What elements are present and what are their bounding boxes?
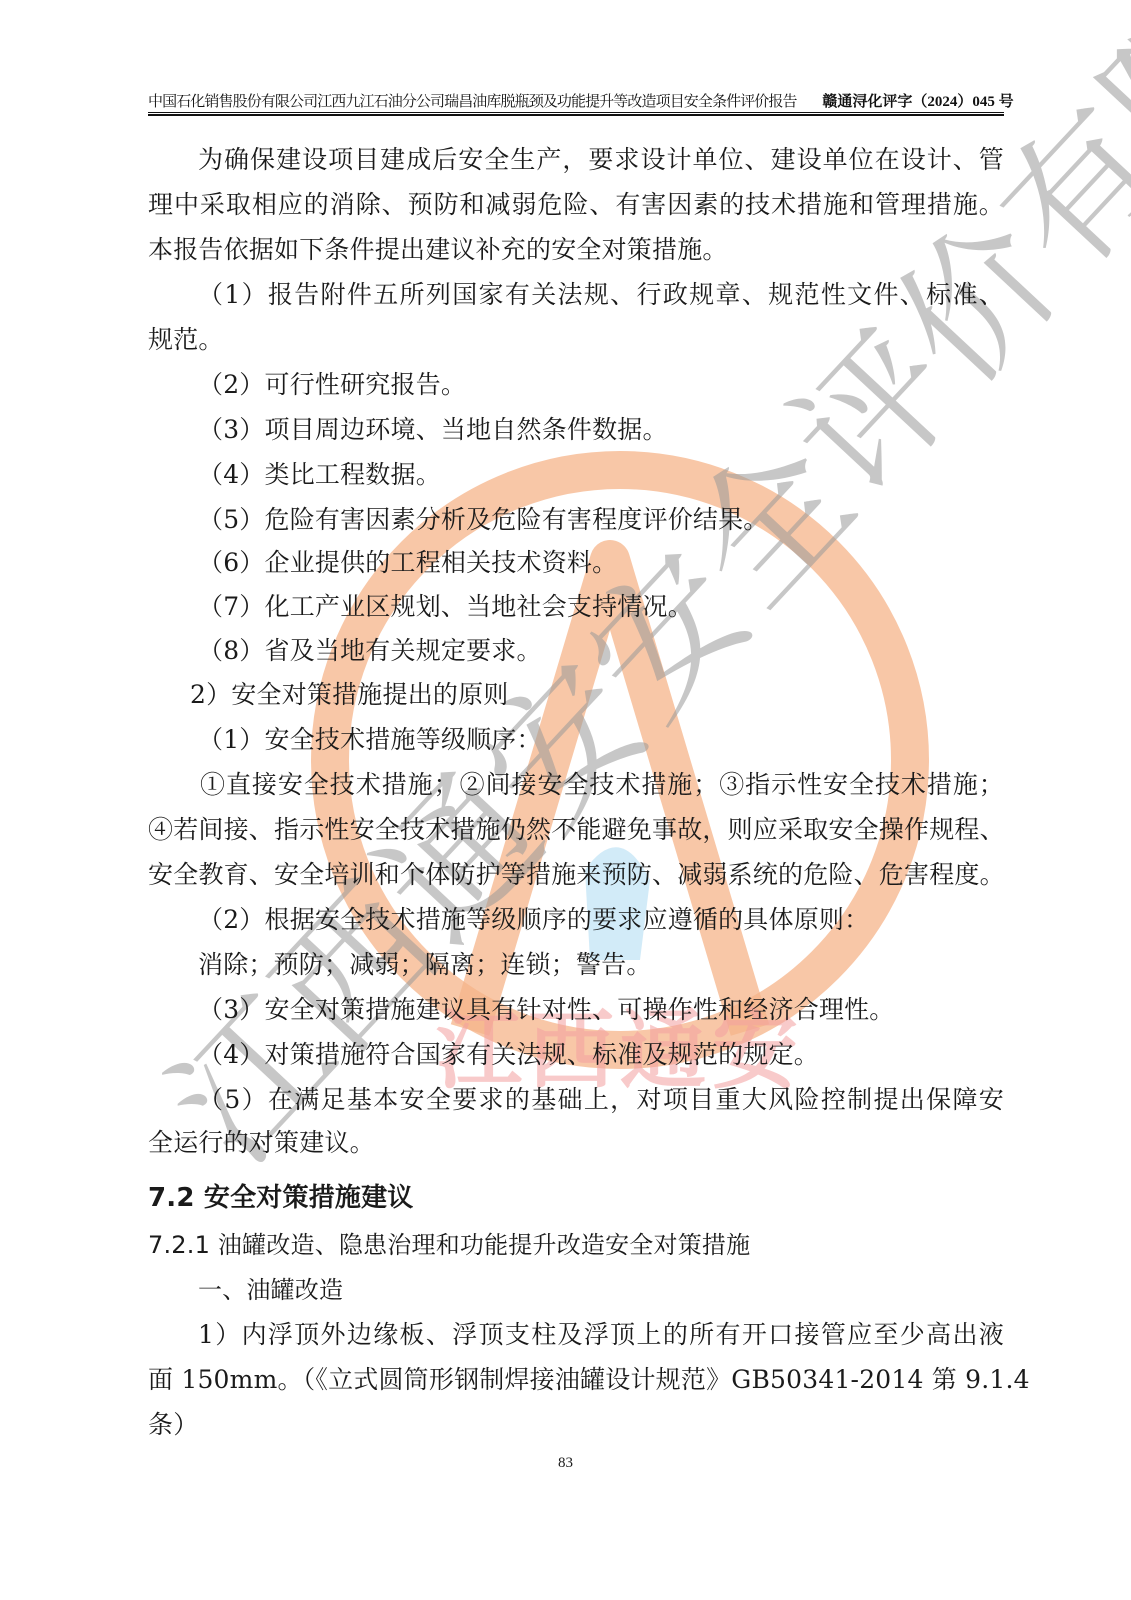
basis-item-3: （3）项目周边环境、当地自然条件数据。 bbox=[198, 415, 1054, 445]
section-heading-7-2-1: 7.2.1 油罐改造、隐患治理和功能提升改造安全对策措施 bbox=[148, 1230, 1004, 1260]
intro-line-3: 本报告依据如下条件提出建议补充的安全对策措施。 bbox=[148, 235, 1004, 265]
principle-3: （3）安全对策措施建议具有针对性、可操作性和经济合理性。 bbox=[198, 995, 1054, 1025]
basis-item-2: （2）可行性研究报告。 bbox=[198, 370, 1054, 400]
subsection-heading-tank: 一、油罐改造 bbox=[198, 1275, 1054, 1305]
header-rule bbox=[148, 112, 1004, 116]
principle-1-text-2: ④若间接、指示性安全技术措施仍然不能避免事故，则应采取安全操作规程、 bbox=[148, 815, 1004, 845]
item-1-line-2: 面 150mm。（《立式圆筒形钢制焊接油罐设计规范》GB50341-2014 第… bbox=[148, 1365, 1004, 1395]
intro-line-1: 为确保建设项目建成后安全生产，要求设计单位、建设单位在设计、管 bbox=[148, 145, 1004, 175]
document-page: 江西通安 江西通安安全评价有限公司 中国石化销售股份有限公司江西九江石油分公司瑞… bbox=[0, 0, 1131, 1600]
basis-item-4: （4）类比工程数据。 bbox=[198, 460, 1054, 490]
basis-item-5: （5）危险有害因素分析及危险有害程度评价结果。 bbox=[198, 505, 1054, 535]
basis-item-6: （6）企业提供的工程相关技术资料。 bbox=[198, 548, 1054, 578]
principle-1-heading: （1）安全技术措施等级顺序： bbox=[198, 725, 1054, 755]
principle-1-text-1: ①直接安全技术措施；②间接安全技术措施；③指示性安全技术措施； bbox=[148, 770, 1004, 800]
header-doc-code: 赣通浔化评字（2024）045 号 bbox=[822, 94, 1013, 110]
basis-item-8: （8）省及当地有关规定要求。 bbox=[198, 636, 1054, 666]
section-heading-7-2: 7.2 安全对策措施建议 bbox=[148, 1183, 1004, 1213]
principle-5-line-2: 全运行的对策建议。 bbox=[148, 1128, 1004, 1158]
item-1-line-1: 1）内浮顶外边缘板、浮顶支柱及浮顶上的所有开口接管应至少高出液 bbox=[148, 1320, 1004, 1350]
principle-2-text: 消除；预防；减弱；隔离；连锁；警告。 bbox=[198, 950, 1054, 980]
intro-line-2: 理中采取相应的消除、预防和减弱危险、有害因素的技术措施和管理措施。 bbox=[148, 190, 1004, 220]
page-header: 中国石化销售股份有限公司江西九江石油分公司瑞昌油库脱瓶颈及功能提升等改造项目安全… bbox=[148, 92, 1004, 111]
header-title: 中国石化销售股份有限公司江西九江石油分公司瑞昌油库脱瓶颈及功能提升等改造项目安全… bbox=[148, 92, 797, 110]
basis-item-7: （7）化工产业区规划、当地社会支持情况。 bbox=[198, 592, 1054, 622]
principle-1-text-3: 安全教育、安全培训和个体防护等措施来预防、减弱系统的危险、危害程度。 bbox=[148, 860, 1004, 890]
principle-5-line-1: （5）在满足基本安全要求的基础上，对项目重大风险控制提出保障安 bbox=[148, 1085, 1004, 1115]
basis-item-1: （1）报告附件五所列国家有关法规、行政规章、规范性文件、标准、 bbox=[148, 280, 1004, 310]
principle-4: （4）对策措施符合国家有关法规、标准及规范的规定。 bbox=[198, 1040, 1054, 1070]
item-1-line-3: 条） bbox=[148, 1410, 1004, 1440]
page-number: 83 bbox=[0, 1455, 1131, 1472]
basis-item-1-cont: 规范。 bbox=[148, 325, 1004, 355]
principle-2-heading: （2）根据安全技术措施等级顺序的要求应遵循的具体原则： bbox=[198, 905, 1054, 935]
principles-heading: 2）安全对策措施提出的原则 bbox=[190, 680, 1046, 710]
